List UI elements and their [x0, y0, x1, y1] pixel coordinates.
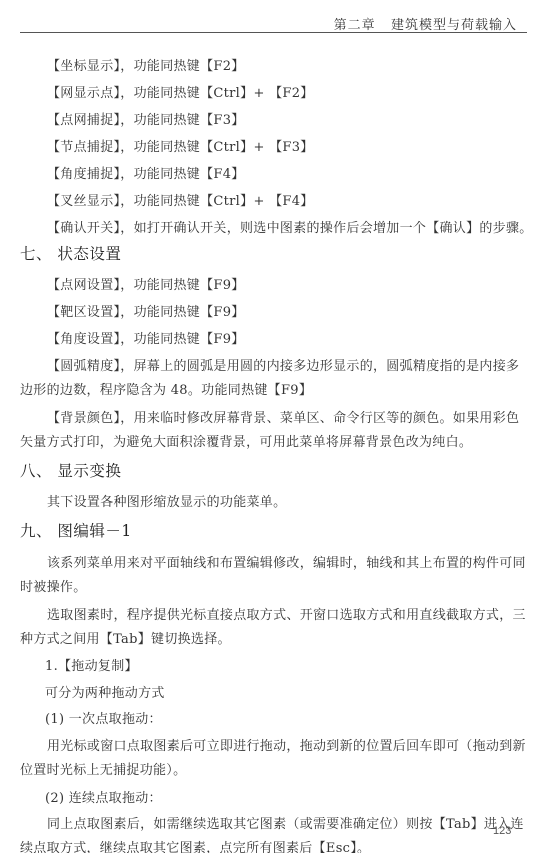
section-heading-status: 七、 状态设置	[20, 242, 121, 264]
mode2-title: (2) 连续点取拖动：	[45, 787, 162, 806]
menu-item-target-settings: 【靶区设置】，功能同热键【F9】	[47, 301, 245, 320]
mode1-title: (1) 一次点取拖动：	[45, 708, 162, 727]
edit-para1-line2: 时被操作。	[20, 576, 87, 595]
menu-item-grid-settings: 【点网设置】，功能同热键【F9】	[47, 274, 245, 293]
menu-item-angle-snap: 【角度捕捉】，功能同热键【F4】	[47, 163, 245, 182]
section-heading-display: 八、 显示变换	[20, 459, 121, 481]
edit-para2-line1: 选取图素时，程序提供光标直接点取方式、开窗口选取方式和用直线截取方式，三	[47, 604, 526, 623]
edit-para1-line1: 该系列菜单用来对平面轴线和布置编辑修改，编辑时，轴线和其上布置的构件可同	[47, 552, 526, 571]
page-header: 第二章 建筑模型与荷载输入	[20, 10, 527, 33]
background-color-line2: 矢量方式打印，为避免大面积涂覆背景，可用此菜单将屏幕背景色改为纯白。	[20, 431, 472, 450]
page-number: 123	[493, 825, 511, 837]
mode1-text-line1: 用光标或窗口点取图素后可立即进行拖动，拖动到新的位置后回车即可（拖动到新	[47, 735, 526, 754]
menu-item-node-snap: 【节点捕捉】，功能同热键【Ctrl】+ 【F3】	[47, 136, 314, 155]
mode2-text-line2: 续点取方式，继续点取其它图素，点完所有图素后【Esc】。	[20, 837, 370, 853]
display-transform-text: 其下设置各种图形缩放显示的功能菜单。	[47, 491, 286, 510]
mode2-text-line1: 同上点取图素后，如需继续选取其它图素（或需要准确定位）则按【Tab】进入连	[47, 813, 524, 832]
chapter-number: 第二章	[334, 18, 376, 33]
drag-modes-intro: 可分为两种拖动方式	[45, 682, 165, 701]
chapter-title: 建筑模型与荷载输入	[391, 18, 517, 33]
subsection-drag-copy: 1.【拖动复制】	[45, 655, 138, 674]
section-heading-edit: 九、 图编辑－1	[20, 519, 132, 541]
background-color-line1: 【背景颜色】，用来临时修改屏幕背景、菜单区、命令行区等的颜色。如果用彩色	[47, 407, 519, 426]
mode1-text-line2: 位置时光标上无捕捉功能）。	[20, 759, 186, 778]
menu-item-angle-settings: 【角度设置】，功能同热键【F9】	[47, 328, 245, 347]
menu-item-grid-snap: 【点网捕捉】，功能同热键【F3】	[47, 109, 245, 128]
edit-para2-line2: 种方式之间用【Tab】键切换选择。	[20, 628, 231, 647]
arc-precision-line2: 边形的边数，程序隐含为 48。功能同热键【F9】	[20, 379, 312, 398]
menu-item-coordinate-display: 【坐标显示】，功能同热键【F2】	[47, 55, 245, 74]
menu-item-grid-points: 【网显示点】，功能同热键【Ctrl】+ 【F2】	[47, 82, 314, 101]
menu-item-confirm-switch: 【确认开关】，如打开确认开关，则选中图素的操作后会增加一个【确认】的步骤。	[47, 217, 533, 236]
running-header: 第二章 建筑模型与荷载输入	[334, 14, 517, 33]
menu-item-crosshair: 【叉丝显示】，功能同热键【Ctrl】+ 【F4】	[47, 190, 314, 209]
arc-precision-line1: 【圆弧精度】，屏幕上的圆弧是用圆的内接多边形显示的，圆弧精度指的是内接多	[47, 355, 519, 374]
